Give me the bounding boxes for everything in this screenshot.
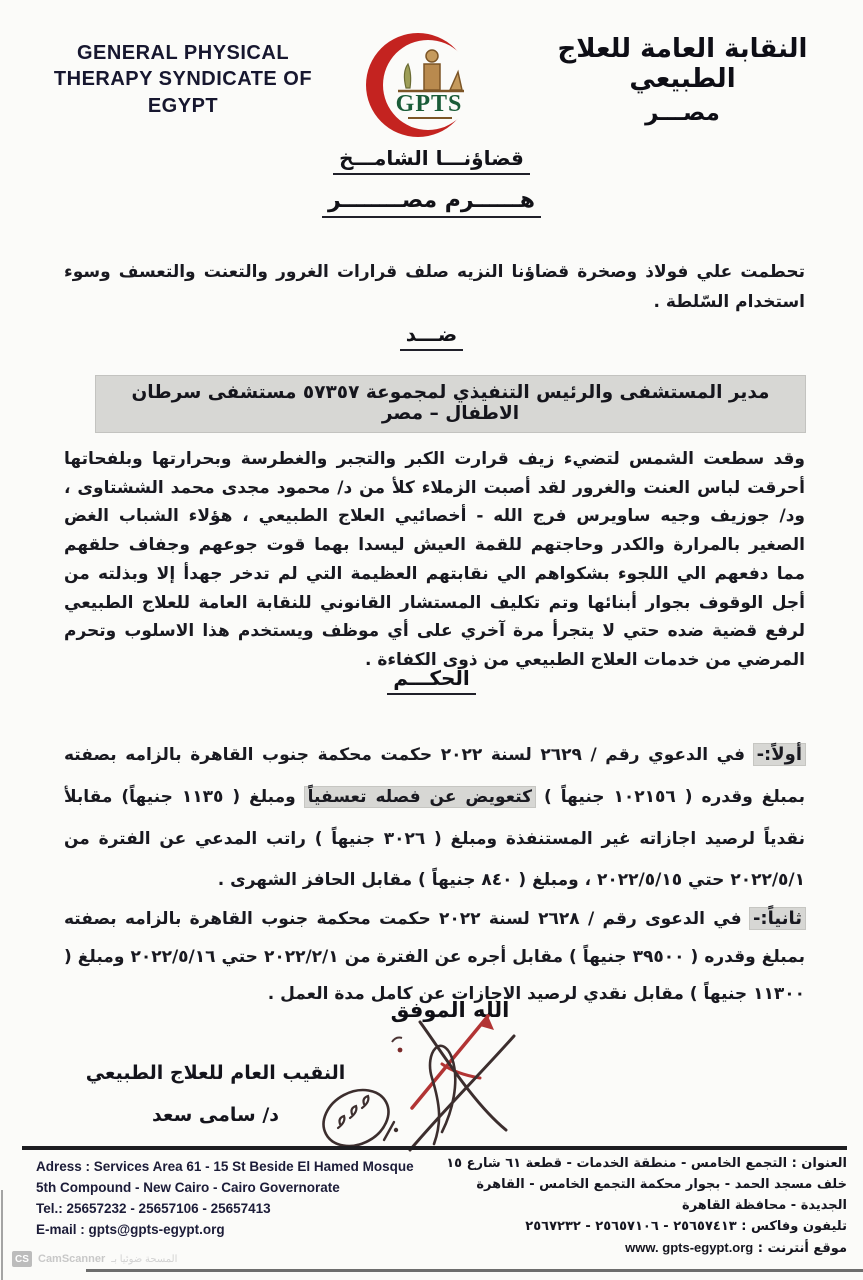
handwritten-signature-scribble bbox=[292, 1012, 527, 1157]
heading-verdict: الحكـــم bbox=[0, 666, 863, 695]
second-ruling-label: ثانياً:- bbox=[750, 908, 805, 929]
heading-pyramid-of-egypt: هــــــرم مصــــــــر bbox=[0, 188, 863, 218]
gpts-crescent-logo-icon: GPTS bbox=[362, 26, 478, 144]
syndicate-title-arabic: النقابة العامة للعلاج الطبيعي مصـــر bbox=[515, 34, 850, 126]
footer-ar-website-url: www. gpts-egypt.org bbox=[625, 1240, 753, 1255]
footer-ar-address-line1: العنوان : التجمع الخامس - منطقة الخدمات … bbox=[427, 1153, 847, 1174]
footer-en-address-line1: Adress : Services Area 61 - 15 St Beside… bbox=[36, 1156, 436, 1177]
heading-our-lofty-judiciary: قضاؤنـــا الشامـــخ bbox=[0, 146, 863, 175]
first-ruling-highlight-compensation: كتعويض عن فصله تعسفياً bbox=[305, 787, 535, 807]
camscanner-label: CamScanner bbox=[38, 1253, 105, 1265]
intro-paragraph: تحطمت علي فولاذ وصخرة قضاؤنا النزيه صلف … bbox=[64, 257, 805, 318]
footer-en-phone: Tel.: 25657232 - 25657106 - 25657413 bbox=[36, 1198, 436, 1219]
camscanner-watermark: CS CamScanner المسحة ضوئيا بـ bbox=[12, 1251, 177, 1267]
scanned-document-page: GENERAL PHYSICAL THERAPY SYNDICATE OF EG… bbox=[0, 0, 863, 1280]
camscanner-badge-icon: CS bbox=[12, 1251, 32, 1267]
camscanner-arabic-label: المسحة ضوئيا بـ bbox=[111, 1254, 177, 1265]
footer-ar-address-line2: خلف مسجد الحمد - بجوار محكمة التجمع الخا… bbox=[427, 1174, 847, 1216]
syndicate-title-arabic-line2: مصـــر bbox=[515, 100, 850, 126]
svg-text:GPTS: GPTS bbox=[396, 91, 463, 117]
scan-edge-bottom bbox=[86, 1269, 863, 1272]
scan-edge-left bbox=[1, 1190, 3, 1280]
footer-address-arabic: العنوان : التجمع الخامس - منطقة الخدمات … bbox=[427, 1153, 847, 1259]
footer-en-address-line2: 5th Compound - New Cairo - Cairo Governo… bbox=[36, 1177, 436, 1198]
footer-ar-website-label: موقع أنترنت : bbox=[758, 1241, 847, 1256]
syndicate-title-english: GENERAL PHYSICAL THERAPY SYNDICATE OF EG… bbox=[28, 40, 338, 119]
syndicate-title-arabic-line1: النقابة العامة للعلاج الطبيعي bbox=[515, 34, 850, 94]
footer-divider-line bbox=[22, 1146, 847, 1150]
heading-versus: ضـــد bbox=[0, 322, 863, 351]
defendant-highlighted-line: مدير المستشفى والرئيس التنفيذي لمجموعة ٥… bbox=[96, 376, 805, 432]
footer-en-email: E-mail : gpts@gpts-egypt.org bbox=[36, 1219, 436, 1240]
first-ruling-label: أولاً:- bbox=[754, 744, 805, 765]
narrative-paragraph: وقد سطعت الشمس لتضيء زيف قرارت الكبر وال… bbox=[64, 445, 805, 675]
first-ruling-paragraph: أولاً:- في الدعوي رقم / ٢٦٢٩ لسنة ٢٠٢٢ ح… bbox=[64, 733, 805, 902]
second-ruling-paragraph: ثانياً:- في الدعوى رقم / ٢٦٢٨ لسنة ٢٠٢٢ … bbox=[64, 899, 805, 1013]
footer-ar-phone: تليفون وفاكس : ٢٥٦٥٧٤١٣ - ٢٥٦٥٧١٠٦ - ٢٥٦… bbox=[427, 1216, 847, 1237]
footer-ar-website: موقع أنترنت : www. gpts-egypt.org bbox=[427, 1237, 847, 1259]
second-ruling-text: في الدعوى رقم / ٢٦٢٨ لسنة ٢٠٢٢ حكمت محكم… bbox=[64, 909, 805, 1004]
footer-address-english: Adress : Services Area 61 - 15 St Beside… bbox=[36, 1156, 436, 1240]
